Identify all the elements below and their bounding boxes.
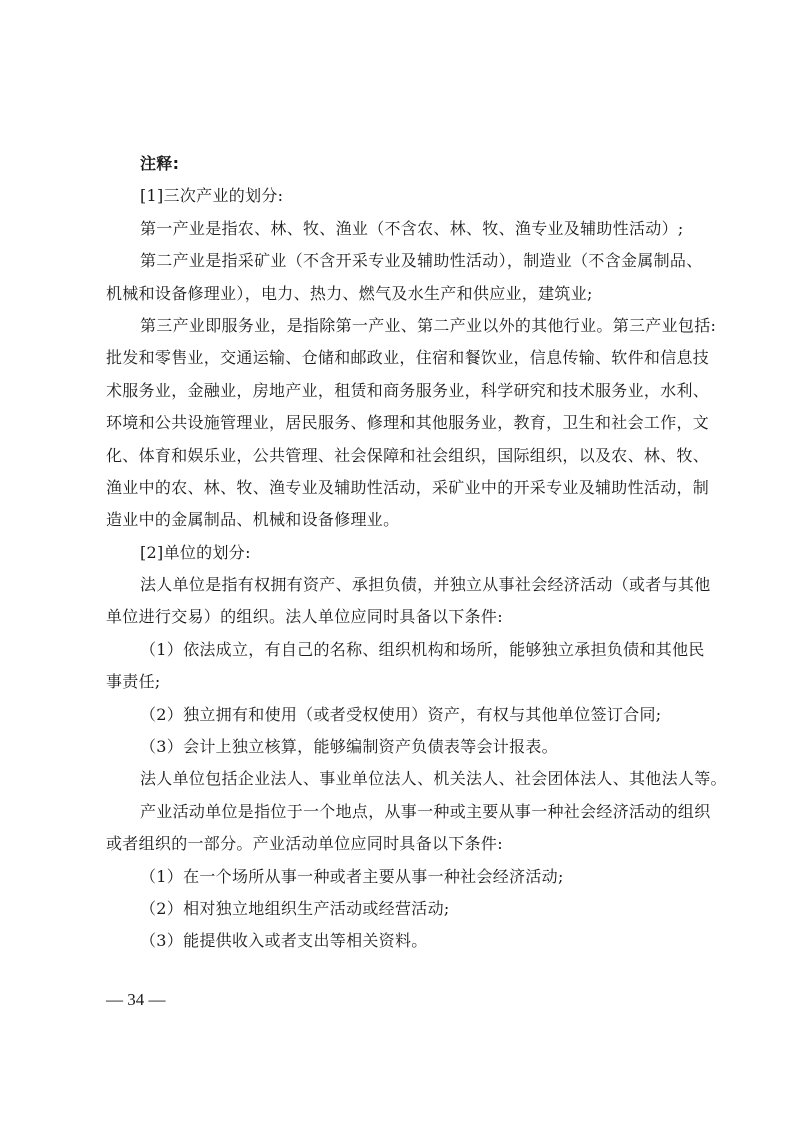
text-line: 批发和零售业，交通运输、仓储和邮政业，住宿和餐饮业，信息传输、软件和信息技 <box>106 342 691 374</box>
text-line: 环境和公共设施管理业，居民服务、修理和其他服务业，教育，卫生和社会工作，文 <box>106 407 691 439</box>
text-line: 法人单位包括企业法人、事业单位法人、机关法人、社会团体法人、其他法人等。 <box>106 763 691 795</box>
text-line: （1）依法成立，有自己的名称、组织机构和场所，能够独立承担负债和其他民 <box>106 634 691 666</box>
notes-heading: 注释: <box>106 148 691 180</box>
text-line: 造业中的金属制品、机械和设备修理业。 <box>106 504 691 536</box>
text-line: （1）在一个场所从事一种或者主要从事一种社会经济活动; <box>106 861 691 893</box>
text-line: 第一产业是指农、林、牧、渔业（不含农、林、牧、渔专业及辅助性活动）; <box>106 213 691 245</box>
text-line: 或者组织的一部分。产业活动单位应同时具备以下条件: <box>106 828 691 860</box>
text-line: （3）会计上独立核算，能够编制资产负债表等会计报表。 <box>106 731 691 763</box>
page-number: — 34 — <box>106 990 166 1010</box>
text-line: 法人单位是指有权拥有资产、承担负债，并独立从事社会经济活动（或者与其他 <box>106 569 691 601</box>
notes-paragraphs: [1]三次产业的划分:第一产业是指农、林、牧、渔业（不含农、林、牧、渔专业及辅助… <box>106 180 691 957</box>
text-line: 术服务业，金融业，房地产业，租赁和商务服务业，科学研究和技术服务业，水利、 <box>106 375 691 407</box>
text-line: 化、体育和娱乐业，公共管理、社会保障和社会组织，国际组织，以及农、林、牧、 <box>106 440 691 472</box>
text-line: （2）独立拥有和使用（或者受权使用）资产，有权与其他单位签订合同; <box>106 699 691 731</box>
text-line: 产业活动单位是指位于一个地点，从事一种或主要从事一种社会经济活动的组织 <box>106 796 691 828</box>
text-line: [1]三次产业的划分: <box>106 180 691 212</box>
text-line: （3）能提供收入或者支出等相关资料。 <box>106 925 691 957</box>
text-line: 第三产业即服务业，是指除第一产业、第二产业以外的其他行业。第三产业包括: <box>106 310 691 342</box>
text-line: 单位进行交易）的组织。法人单位应同时具备以下条件: <box>106 601 691 633</box>
text-line: 第二产业是指采矿业（不含开采专业及辅助性活动），制造业（不含金属制品、 <box>106 245 691 277</box>
text-line: [2]单位的划分: <box>106 537 691 569</box>
text-line: （2）相对独立地组织生产活动或经营活动; <box>106 893 691 925</box>
document-body: 注释: [1]三次产业的划分:第一产业是指农、林、牧、渔业（不含农、林、牧、渔专… <box>106 148 691 958</box>
text-line: 机械和设备修理业），电力、热力、燃气及水生产和供应业，建筑业; <box>106 278 691 310</box>
text-line: 事责任; <box>106 666 691 698</box>
text-line: 渔业中的农、林、牧、渔专业及辅助性活动，采矿业中的开采专业及辅助性活动，制 <box>106 472 691 504</box>
